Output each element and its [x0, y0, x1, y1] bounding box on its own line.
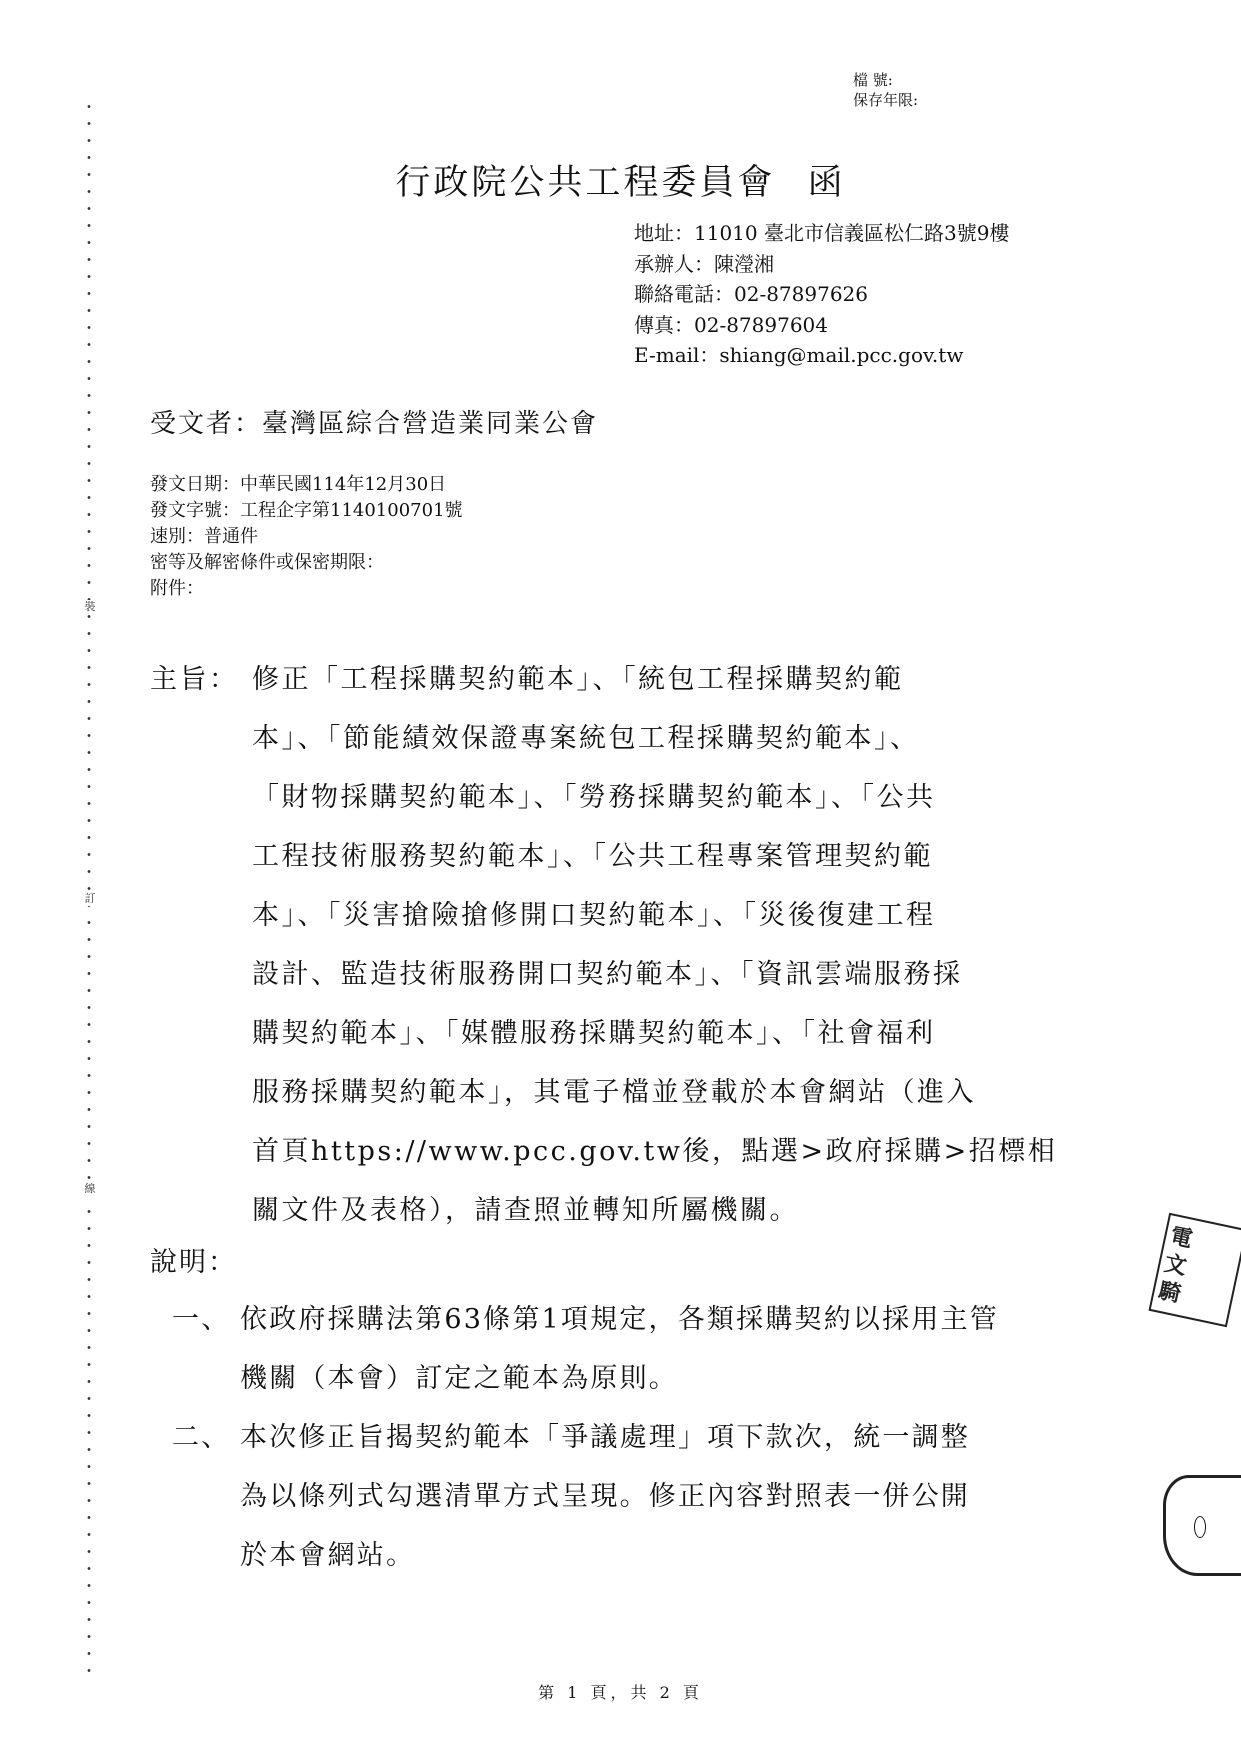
item-line: 依政府採購法第63條第1項規定，各類採購契約以採用主管: [240, 1290, 1092, 1349]
fax: 傳真：02-87897604: [634, 310, 1009, 341]
agency-name: 行政院公共工程委員會: [395, 163, 775, 203]
subject-line: 服務採購契約範本」，其電子檔並登載於本會網站（進入: [252, 1063, 1090, 1122]
contact-block: 地址：11010 臺北市信義區松仁路3號9樓 承辦人：陳瀅湘 聯絡電話：02-8…: [634, 218, 1009, 371]
document-title: 行政院公共工程委員會 函: [0, 155, 1241, 205]
issue-date: 發文日期：中華民國114年12月30日: [150, 472, 463, 498]
archive-info: 檔 號: 保存年限:: [853, 70, 918, 110]
classification: 密等及解密條件或保密期限：: [150, 550, 463, 576]
page-number: 第 1 頁，共 2 頁: [0, 1680, 1241, 1703]
item-number: 二、: [172, 1408, 230, 1467]
subject-line: 本」、「節能績效保證專案統包工程採購契約範本」、: [252, 709, 1090, 768]
gear-seal-icon: [1163, 1475, 1241, 1576]
binding-line: [87, 98, 91, 1678]
explanation-item-2: 二、 本次修正旨揭契約範本「爭議處理」項下款次，統一調整 為以條列式勾選清單方式…: [172, 1408, 1092, 1585]
explanation-item-1: 一、 依政府採購法第63條第1項規定，各類採購契約以採用主管 機關（本會）訂定之…: [172, 1290, 1092, 1408]
electronic-seam-seal-stamp: 電 文 騎: [1148, 1213, 1241, 1327]
speed-class: 速別：普通件: [150, 524, 463, 550]
document-type: 函: [808, 163, 846, 203]
document-number: 發文字號：工程企字第1140100701號: [150, 498, 463, 524]
subject-line: 首頁https://www.pcc.gov.tw後，點選>政府採購>招標相: [252, 1122, 1090, 1181]
address: 地址：11010 臺北市信義區松仁路3號9樓: [634, 218, 1009, 249]
email: E-mail：shiang@mail.pcc.gov.tw: [634, 340, 1009, 371]
item-line: 本次修正旨揭契約範本「爭議處理」項下款次，統一調整: [240, 1408, 1092, 1467]
item-line: 為以條列式勾選清單方式呈現。修正內容對照表一併公開: [240, 1467, 1092, 1526]
binding-mark-xian: 線: [82, 1182, 98, 1196]
item-line: 機關（本會）訂定之範本為原則。: [240, 1349, 1092, 1408]
subject-label: 主旨：: [150, 650, 239, 709]
subject-section: 主旨： 修正「工程採購契約範本」、「統包工程採購契約範 本」、「節能績效保證專案…: [150, 650, 1090, 1240]
subject-line: 設計、監造技術服務開口契約範本」、「資訊雲端服務採: [252, 945, 1090, 1004]
phone: 聯絡電話：02-87897626: [634, 279, 1009, 310]
subject-line: 「財物採購契約範本」、「勞務採購契約範本」、「公共: [252, 768, 1090, 827]
recipient: 受文者：臺灣區綜合營造業同業公會: [150, 403, 598, 440]
attachments: 附件：: [150, 576, 463, 602]
subject-line: 購契約範本」、「媒體服務採購契約範本」、「社會福利: [252, 1004, 1090, 1063]
retention-label: 保存年限:: [853, 90, 918, 110]
subject-line: 本」、「災害搶險搶修開口契約範本」、「災後復建工程: [252, 886, 1090, 945]
handler: 承辦人：陳瀅湘: [634, 249, 1009, 280]
subject-line: 關文件及表格），請查照並轉知所屬機關。: [252, 1181, 1090, 1240]
subject-line: 修正「工程採購契約範本」、「統包工程採購契約範: [252, 650, 1090, 709]
document-meta: 發文日期：中華民國114年12月30日 發文字號：工程企字第1140100701…: [150, 472, 463, 602]
binding-mark-ding: 訂: [82, 892, 98, 906]
item-line: 於本會網站。: [240, 1526, 1092, 1585]
subject-body: 修正「工程採購契約範本」、「統包工程採購契約範 本」、「節能績效保證專案統包工程…: [252, 650, 1090, 1240]
explanation-label: 說明：: [150, 1240, 237, 1279]
file-number-label: 檔 號:: [853, 70, 918, 90]
subject-line: 工程技術服務契約範本」、「公共工程專案管理契約範: [252, 827, 1090, 886]
binding-mark-zhuang: 裝: [82, 600, 98, 614]
item-number: 一、: [172, 1290, 230, 1349]
explanation-section: 一、 依政府採購法第63條第1項規定，各類採購契約以採用主管 機關（本會）訂定之…: [172, 1290, 1092, 1585]
seal-oval-mark: [1194, 1516, 1206, 1538]
